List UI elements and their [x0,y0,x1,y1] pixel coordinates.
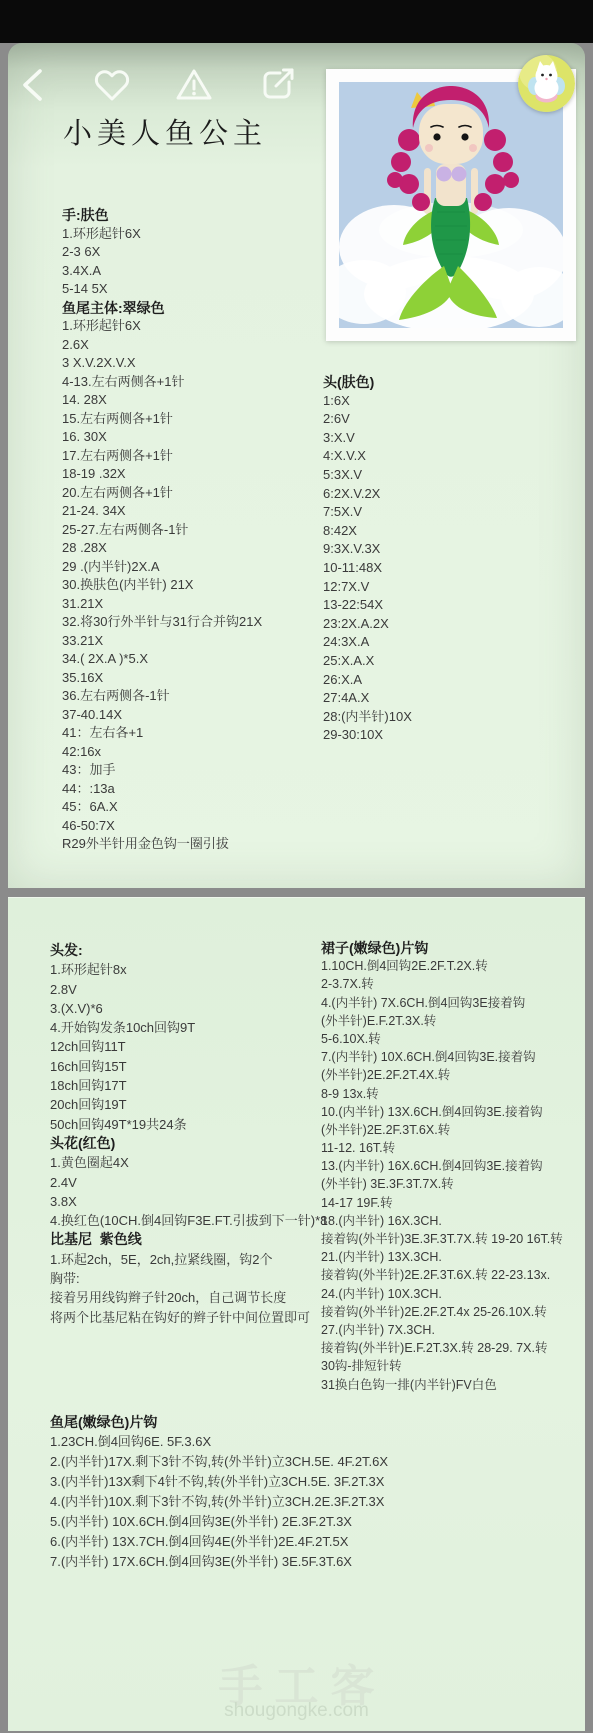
pattern-line: 18.(内半针) 16X.3CH. [321,1212,563,1230]
card2-left-column: 头发:1.环形起针8x2.8V3.(X.V)*64.开始钩发条10ch回钩9T1… [50,941,327,1327]
pattern-line: 3:X.V [323,429,412,448]
pattern-line: 11-12. 16T.转 [321,1139,563,1157]
pattern-line: 5.(内半针) 10X.6CH.倒4回钩3E(外半针) 2E.3F.2T.3X [50,1512,388,1532]
pattern-line: 27.(内半针) 7X.3CH. [321,1321,563,1339]
chevron-left-icon [14,64,56,106]
pattern-line: 23:2X.A.2X [323,615,412,634]
pattern-line: 1.10CH.倒4回钩2E.2F.T.2X.转 [321,957,563,975]
pattern-line: 接着钩(外半针)2E.2F.2T.4x 25-26.10X.转 [321,1303,563,1321]
pattern-line: 6:2X.V.2X [323,485,412,504]
pattern-line: 18-19 .32X [62,465,262,484]
pattern-card-2: 头发:1.环形起针8x2.8V3.(X.V)*64.开始钩发条10ch回钩9T1… [8,897,585,1731]
pattern-line: 29 .(内半针)2X.A [62,558,262,577]
pattern-line: 9:3X.V.3X [323,540,412,559]
pattern-line: 21-24. 34X [62,502,262,521]
pattern-line: 28:(内半针)10X [323,708,412,727]
pattern-line: 1.环起2ch，5E，2ch,拉紧线圈，钩2个 [50,1250,327,1269]
pattern-line: 3.(内半针)13X剩下4针不钩,转(外半针)立3CH.5E. 3F.2T.3X [50,1472,388,1492]
status-bar [0,0,593,43]
pattern-line: 16. 30X [62,428,262,447]
pattern-line: 2-3.7X.转 [321,975,563,993]
pattern-line: 41：左右各+1 [62,724,262,743]
pattern-line: 18ch回钩17T [50,1076,327,1095]
pattern-line: 15.左右两侧各+1针 [62,410,262,429]
pattern-line: 接着另用线钩辫子针20ch，自己调节长度 [50,1288,327,1307]
pattern-line: 2.(内半针)17X.剩下3针不钩,转(外半针)立3CH.5E. 4F.2T.6… [50,1452,388,1472]
pattern-line: 4.(内半针)10X.剩下3针不钩,转(外半针)立3CH.2E.3F.2T.3X [50,1492,388,1512]
pattern-line: 13-22:54X [323,596,412,615]
pattern-line: 29-30:10X [323,726,412,745]
pattern-line: 2:6V [323,410,412,429]
pattern-line: 50ch回钩49T*19共24条 [50,1115,327,1134]
pattern-line: 33.21X [62,632,262,651]
pattern-line: 3.8X [50,1192,327,1211]
pattern-line: 24:3X.A [323,633,412,652]
pattern-line: 接着钩(外半针)2E.2F.3T.6X.转 22-23.13x. [321,1266,563,1284]
section-header: 鱼尾主体:翠绿色 [62,299,262,318]
pattern-line: 2.6X [62,336,262,355]
avatar-image [518,55,575,112]
share-icon [257,64,299,106]
watermark-domain: shougongke.com [8,1700,585,1722]
pattern-line: 2.8V [50,980,327,999]
pattern-line: 2-3 6X [62,243,262,262]
pattern-line: 20.左右两侧各+1针 [62,484,262,503]
mermaid-doll-illustration [339,82,563,328]
pattern-line: 31.21X [62,595,262,614]
section-header: 头(肤色) [323,373,412,392]
pattern-line: 32.将30行外半针与31行合并钩21X [62,613,262,632]
pattern-line: 44：:13a [62,780,262,799]
card1-left-column: 手:肤色1.环形起针6X2-3 6X3.4X.A5-14 5X鱼尾主体:翠绿色1… [62,206,262,854]
pattern-line: 12:7X.V [323,578,412,597]
section-header: 头发: [50,941,327,960]
pattern-line: 8:42X [323,522,412,541]
pattern-line: (外半针)E.F.2T.3X.转 [321,1012,563,1030]
pattern-line: (外半针)2E.2F.3T.6X.转 [321,1121,563,1139]
pattern-line: 36.左右两侧各-1针 [62,687,262,706]
pattern-line: 30.换肤色(内半针) 21X [62,576,262,595]
pattern-line: 1.环形起针8x [50,960,327,979]
doll-photo-image [339,82,563,328]
section-header: 手:肤色 [62,206,262,225]
pattern-line: 27:4A.X [323,689,412,708]
section-header: 裙子(嫩绿色)片钩 [321,939,563,957]
pattern-line: 21.(内半针) 13X.3CH. [321,1248,563,1266]
pattern-line: 46-50:7X [62,817,262,836]
pattern-line: (外半针)2E.2F.2T.4X.转 [321,1066,563,1084]
pattern-line: 5:3X.V [323,466,412,485]
back-button[interactable] [14,64,56,106]
pattern-line: 13.(内半针) 16X.6CH.倒4回钩3E.接着钩 [321,1157,563,1175]
pattern-line: 10-11:48X [323,559,412,578]
pattern-line: 1:6X [323,392,412,411]
pattern-line: 31换白色钩一排(内半针)FV白色 [321,1376,563,1394]
pattern-line: 4.(内半针) 7X.6CH.倒4回钩3E接着钩 [321,994,563,1012]
favorite-button[interactable] [91,64,133,106]
pattern-line: 17.左右两侧各+1针 [62,447,262,466]
pattern-line: 接着钩(外半针)3E.3F.3T.7X.转 19-20 16T.转 [321,1230,563,1248]
pattern-line: 7.(内半针) 10X.6CH.倒4回钩3E.接着钩 [321,1048,563,1066]
pattern-line: 5-14 5X [62,280,262,299]
page-title: 小美人鱼公主 [63,111,267,152]
pattern-line: 1.环形起针6X [62,225,262,244]
pattern-line: 1.黄色圈起4X [50,1153,327,1172]
pattern-line: 12ch回钩11T [50,1037,327,1056]
pattern-line: 37-40.14X [62,706,262,725]
pattern-line: 3 X.V.2X.V.X [62,354,262,373]
pattern-line: 1.环形起针6X [62,317,262,336]
pattern-line: 5-6.10X.转 [321,1030,563,1048]
report-button[interactable] [173,64,215,106]
pattern-line: 34.( 2X.A )*5.X [62,650,262,669]
pattern-line: 35.16X [62,669,262,688]
pattern-line: 将两个比基尼粘在钩好的辫子针中间位置即可 [50,1308,327,1327]
pattern-line: 42:16x [62,743,262,762]
pattern-line: 3.4X.A [62,262,262,281]
pattern-line: 8-9 13x.转 [321,1085,563,1103]
share-button[interactable] [257,64,299,106]
pattern-line: 14-17 19F.转 [321,1194,563,1212]
pattern-line: 16ch回钩15T [50,1057,327,1076]
pattern-line: 20ch回钩19T [50,1095,327,1114]
card1-right-column: 头(肤色)1:6X2:6V3:X.V4:X.V.X5:3X.V6:2X.V.2X… [323,373,412,745]
author-avatar[interactable] [518,55,575,112]
section-header: 比基尼 紫色线 [50,1230,327,1249]
pattern-line: 7:5X.V [323,503,412,522]
pattern-line: 3.(X.V)*6 [50,999,327,1018]
warning-triangle-icon [173,64,215,106]
app-screen: 小美人鱼公主 [0,0,593,1733]
pattern-line: 接着钩(外半针)E.F.2T.3X.转 28-29. 7X.转 [321,1339,563,1357]
pattern-line: 30钩-排短针转 [321,1357,563,1375]
pattern-line: 7.(内半针) 17X.6CH.倒4回钩3E(外半针) 3E.5F.3T.6X [50,1552,388,1572]
heart-icon [91,64,133,106]
pattern-line: 4:X.V.X [323,447,412,466]
card2-tail-section: 鱼尾(嫩绿色)片钩1.23CH.倒4回钩6E. 5F.3.6X2.(内半针)17… [50,1412,388,1572]
pattern-line: 28 .28X [62,539,262,558]
section-header: 头花(红色) [50,1134,327,1153]
card2-right-column: 裙子(嫩绿色)片钩1.10CH.倒4回钩2E.2F.T.2X.转2-3.7X.转… [321,939,563,1394]
pattern-line: 25:X.A.X [323,652,412,671]
pattern-line: 1.23CH.倒4回钩6E. 5F.3.6X [50,1432,388,1452]
pattern-line: 6.(内半针) 13X.7CH.倒4回钩4E(外半针)2E.4F.2T.5X [50,1532,388,1552]
pattern-line: 2.4V [50,1173,327,1192]
pattern-line: 24.(内半针) 10X.3CH. [321,1285,563,1303]
section-header: 鱼尾(嫩绿色)片钩 [50,1412,388,1432]
pattern-line: 10.(内半针) 13X.6CH.倒4回钩3E.接着钩 [321,1103,563,1121]
pattern-line: (外半针) 3E.3F.3T.7X.转 [321,1175,563,1193]
pattern-line: 43：加手 [62,761,262,780]
pattern-line: 26:X.A [323,671,412,690]
pattern-line: 4-13.左右两侧各+1针 [62,373,262,392]
pattern-line: R29外半针用金色钩一圈引拔 [62,835,262,854]
pattern-line: 4.换红色(10CH.倒4回钩F3E.FT.引拔到下一针)*8 [50,1211,327,1230]
pattern-line: 胸带: [50,1269,327,1288]
pattern-line: 45：6A.X [62,798,262,817]
pattern-line: 14. 28X [62,391,262,410]
pattern-line: 25-27.左右两侧各-1针 [62,521,262,540]
pattern-card-1: 小美人鱼公主 [8,43,585,888]
pattern-line: 4.开始钩发条10ch回钩9T [50,1018,327,1037]
